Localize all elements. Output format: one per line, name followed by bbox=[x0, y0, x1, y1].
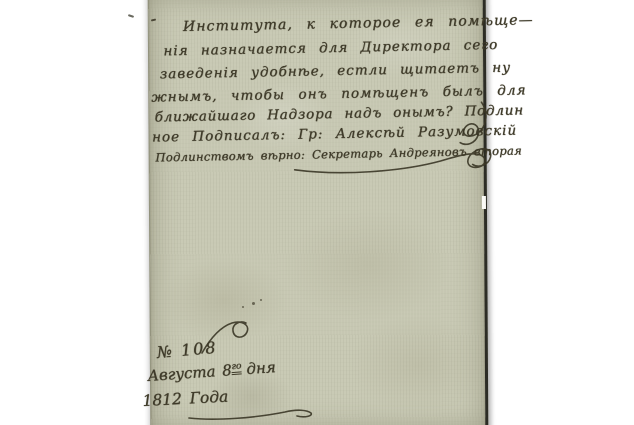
document-photo: Института, к которое ея помѣще— нія назн… bbox=[0, 0, 634, 425]
signature-flourish bbox=[290, 140, 496, 178]
docket-year-number: 1812 bbox=[142, 390, 182, 410]
paper-edge-notch bbox=[482, 196, 486, 209]
ink-speck bbox=[252, 302, 255, 305]
docket-day-suffix: го bbox=[231, 361, 242, 375]
year-underline-flourish bbox=[185, 404, 315, 422]
ink-speck bbox=[242, 306, 244, 308]
handwritten-line: заведенія удобнѣе, естли щитаетъ ну bbox=[160, 60, 511, 83]
ink-speck bbox=[260, 299, 262, 301]
manuscript-body: Института, к которое ея помѣще— нія назн… bbox=[0, 0, 634, 203]
handwritten-line: нія назначается для Директора сего bbox=[163, 37, 498, 59]
handwritten-line: Института, к которое ея помѣще— bbox=[183, 12, 534, 35]
docket-day-word: дня bbox=[246, 358, 277, 378]
